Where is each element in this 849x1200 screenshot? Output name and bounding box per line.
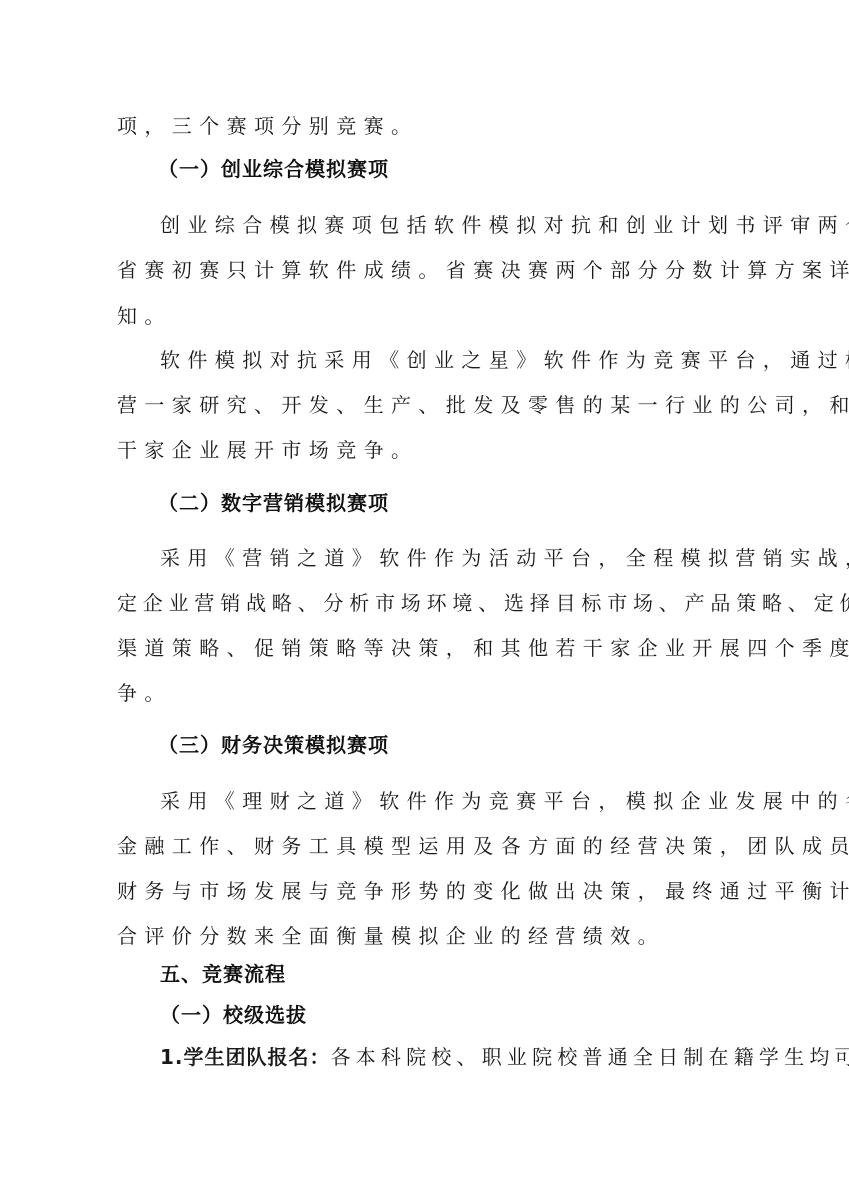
body-line: 渠道策略、促销策略等决策，和其他若干家企业开展四个季度的市场竞 — [117, 634, 849, 662]
section-heading-competition-process: 五、竞赛流程 — [160, 960, 286, 988]
body-line: 省赛初赛只计算软件成绩。省赛决赛两个部分分数计算方案详见决赛通 — [117, 256, 849, 284]
subheading-financial-decision: （三）财务决策模拟赛项 — [158, 731, 389, 759]
body-line: 项，三个赛项分别竞赛。 — [117, 112, 418, 140]
body-line: 争。 — [117, 679, 172, 707]
body-line: 财务与市场发展与竞争形势的变化做出决策，最终通过平衡计分卡的综 — [117, 877, 849, 905]
body-line: 定企业营销战略、分析市场环境、选择目标市场、产品策略、定价策略、 — [117, 589, 849, 617]
subheading-digital-marketing: （二）数字营销模拟赛项 — [158, 489, 389, 517]
body-line: 采用《营销之道》软件作为活动平台，全程模拟营销实战，通过制 — [160, 544, 849, 572]
item-student-registration: 1.学生团队报名：各本科院校、职业院校普通全日制在籍学生均可 — [160, 1043, 849, 1071]
body-line: 创业综合模拟赛项包括软件模拟对抗和创业计划书评审两个环节。 — [160, 211, 849, 239]
document-page: 项，三个赛项分别竞赛。 （一）创业综合模拟赛项 创业综合模拟赛项包括软件模拟对抗… — [0, 0, 849, 1200]
subheading-startup-simulation: （一）创业综合模拟赛项 — [158, 155, 389, 183]
body-line: 金融工作、财务工具模型运用及各方面的经营决策，团队成员根据团队 — [117, 832, 849, 860]
body-line: 知。 — [117, 302, 172, 330]
body-line: 合评价分数来全面衡量模拟企业的经营绩效。 — [117, 922, 665, 950]
item-text: 各本科院校、职业院校普通全日制在籍学生均可 — [331, 1045, 849, 1069]
body-line: 营一家研究、开发、生产、批发及零售的某一行业的公司，和其他若 — [117, 391, 849, 419]
item-lead: 1.学生团队报名： — [160, 1045, 331, 1069]
body-line: 软件模拟对抗采用《创业之星》软件作为竞赛平台，通过模拟经 — [160, 346, 849, 374]
subheading-school-selection: （一）校级选拔 — [160, 1001, 307, 1029]
body-line: 干家企业展开市场竞争。 — [117, 436, 418, 464]
body-line: 采用《理财之道》软件作为竞赛平台，模拟企业发展中的各项财务 — [160, 787, 849, 815]
